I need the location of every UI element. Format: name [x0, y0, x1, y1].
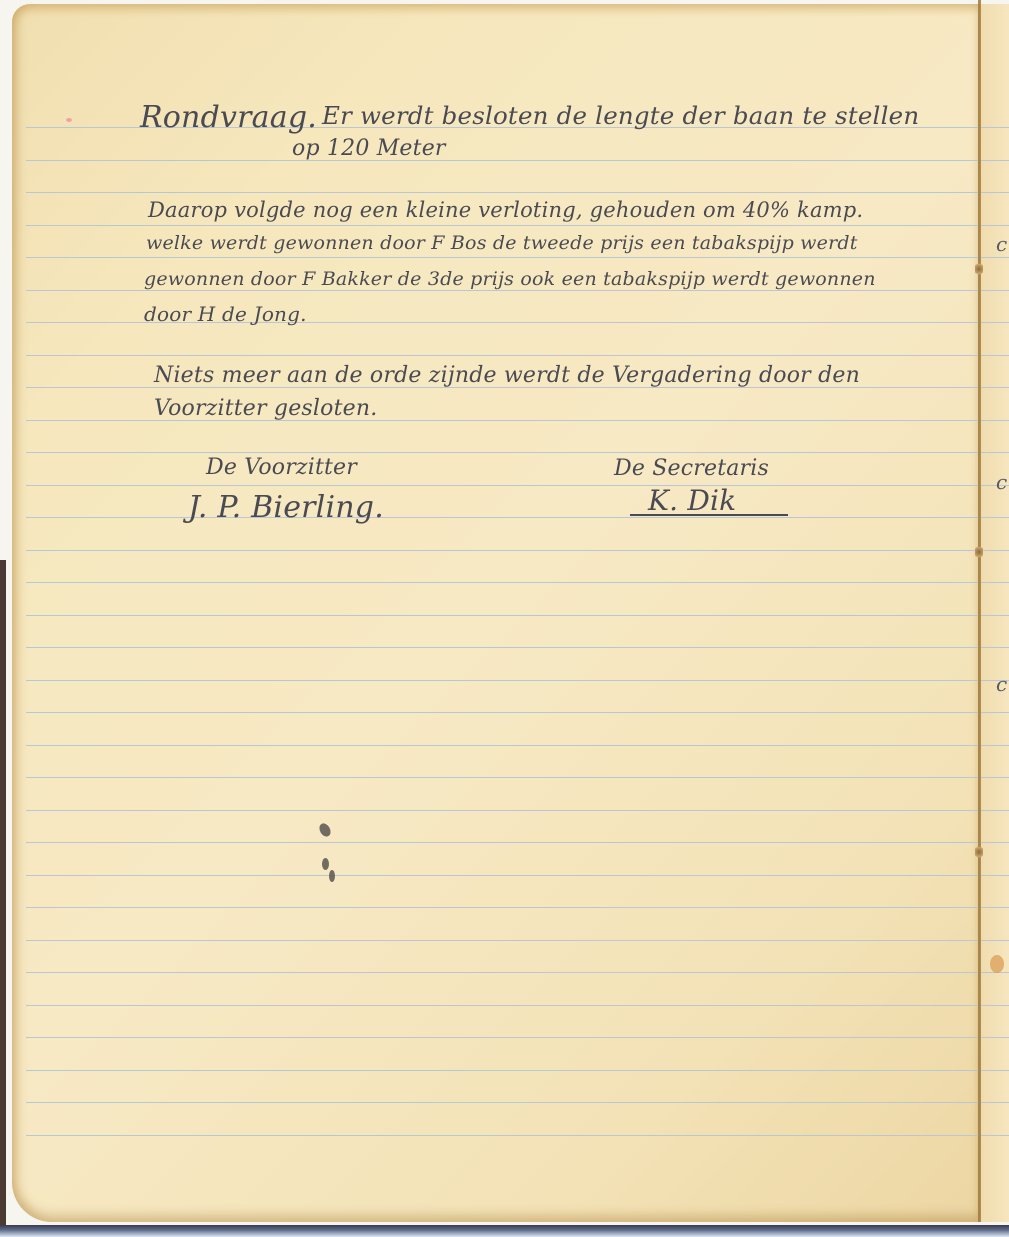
- ruled-line: [26, 1102, 978, 1103]
- ruled-line: [981, 582, 1009, 583]
- ruled-line: [981, 810, 1009, 811]
- paragraph-1-line-2: op 120 Meter: [292, 136, 446, 161]
- ruled-line: [26, 972, 978, 973]
- ruled-line: [981, 1037, 1009, 1038]
- ruled-line: [981, 940, 1009, 941]
- ruled-line: [26, 615, 978, 616]
- binding-stitch: [975, 262, 983, 276]
- ink-blot: [322, 858, 329, 870]
- ruled-line: [26, 907, 978, 908]
- ruled-line: [981, 615, 1009, 616]
- ruled-line: [26, 517, 978, 518]
- ruled-line: [981, 257, 1009, 258]
- paragraph-2-line-1: Daarop volgde nog een kleine verloting, …: [148, 198, 863, 222]
- ruled-line: [981, 907, 1009, 908]
- ruled-line: [26, 875, 978, 876]
- ruled-line: [981, 550, 1009, 551]
- ruled-line: [26, 680, 978, 681]
- notebook-page-left: [12, 4, 980, 1222]
- ruled-line: [981, 517, 1009, 518]
- binding-stitch: [975, 845, 983, 859]
- secretary-title: De Secretaris: [614, 456, 769, 481]
- ruled-line: [981, 647, 1009, 648]
- ruled-line: [981, 160, 1009, 161]
- ruled-line: [26, 160, 978, 161]
- paragraph-3-line-1: Niets meer aan de orde zijnde werdt de V…: [154, 363, 860, 388]
- paragraph-2-line-4: door H de Jong.: [144, 302, 307, 326]
- ruled-line: [26, 257, 978, 258]
- binding-fold: [978, 0, 981, 1222]
- ruled-line: [981, 387, 1009, 388]
- scan-edge-left: [0, 560, 6, 1237]
- secretary-signature-underline: [630, 514, 788, 516]
- ruled-line: [981, 875, 1009, 876]
- ruled-line: [26, 647, 978, 648]
- secretary-signature: K. Dik: [648, 484, 736, 517]
- ruled-line: [26, 842, 978, 843]
- ruled-line: [981, 225, 1009, 226]
- ruled-line: [981, 1070, 1009, 1071]
- ruled-line: [26, 192, 978, 193]
- ruled-line: [981, 1102, 1009, 1103]
- right-page-letter-fragment: c: [996, 672, 1007, 696]
- ruled-line: [981, 1135, 1009, 1136]
- ruled-line: [981, 842, 1009, 843]
- rondvraag-label: Rondvraag.: [140, 100, 317, 135]
- ruled-line: [26, 355, 978, 356]
- paragraph-2-line-2: welke werdt gewonnen door F Bos de tweed…: [146, 232, 858, 254]
- ruled-line: [981, 355, 1009, 356]
- ruled-line: [981, 322, 1009, 323]
- ruled-line: [981, 1005, 1009, 1006]
- ruled-line: [981, 192, 1009, 193]
- ruled-line: [981, 290, 1009, 291]
- paragraph-3-line-2: Voorzitter gesloten.: [154, 396, 377, 421]
- ruled-line: [981, 712, 1009, 713]
- paragraph-1-line-1: Er werdt besloten de lengte der baan te …: [322, 102, 919, 130]
- ruled-line: [26, 712, 978, 713]
- right-page-letter-fragment: c: [996, 232, 1007, 256]
- ruled-line: [981, 452, 1009, 453]
- ruled-line: [981, 420, 1009, 421]
- ruled-line: [26, 1070, 978, 1071]
- ruled-line: [26, 452, 978, 453]
- ruled-line: [26, 777, 978, 778]
- ruled-line: [26, 550, 978, 551]
- right-page-letter-fragment: c: [996, 470, 1007, 494]
- ruled-line: [26, 485, 978, 486]
- stain-spot: [990, 955, 1004, 973]
- ruled-line: [26, 1005, 978, 1006]
- ruled-line: [26, 1135, 978, 1136]
- ruled-line: [26, 290, 978, 291]
- notebook-page-right: [981, 4, 1009, 1222]
- ruled-line: [26, 810, 978, 811]
- pink-mark: [66, 118, 72, 122]
- ruled-line: [26, 745, 978, 746]
- ink-blot: [329, 870, 335, 882]
- chair-signature: J. P. Bierling.: [188, 490, 384, 525]
- ruled-line: [26, 225, 978, 226]
- ruled-line: [26, 582, 978, 583]
- binding-stitch: [975, 545, 983, 559]
- ruled-line: [981, 127, 1009, 128]
- ruled-line: [981, 777, 1009, 778]
- ruled-line: [981, 745, 1009, 746]
- ruled-line: [26, 940, 978, 941]
- chair-title: De Voorzitter: [206, 455, 357, 480]
- paragraph-2-line-3: gewonnen door F Bakker de 3de prijs ook …: [144, 268, 876, 290]
- ruled-line: [26, 1037, 978, 1038]
- scan-edge-bottom: [0, 1225, 1009, 1237]
